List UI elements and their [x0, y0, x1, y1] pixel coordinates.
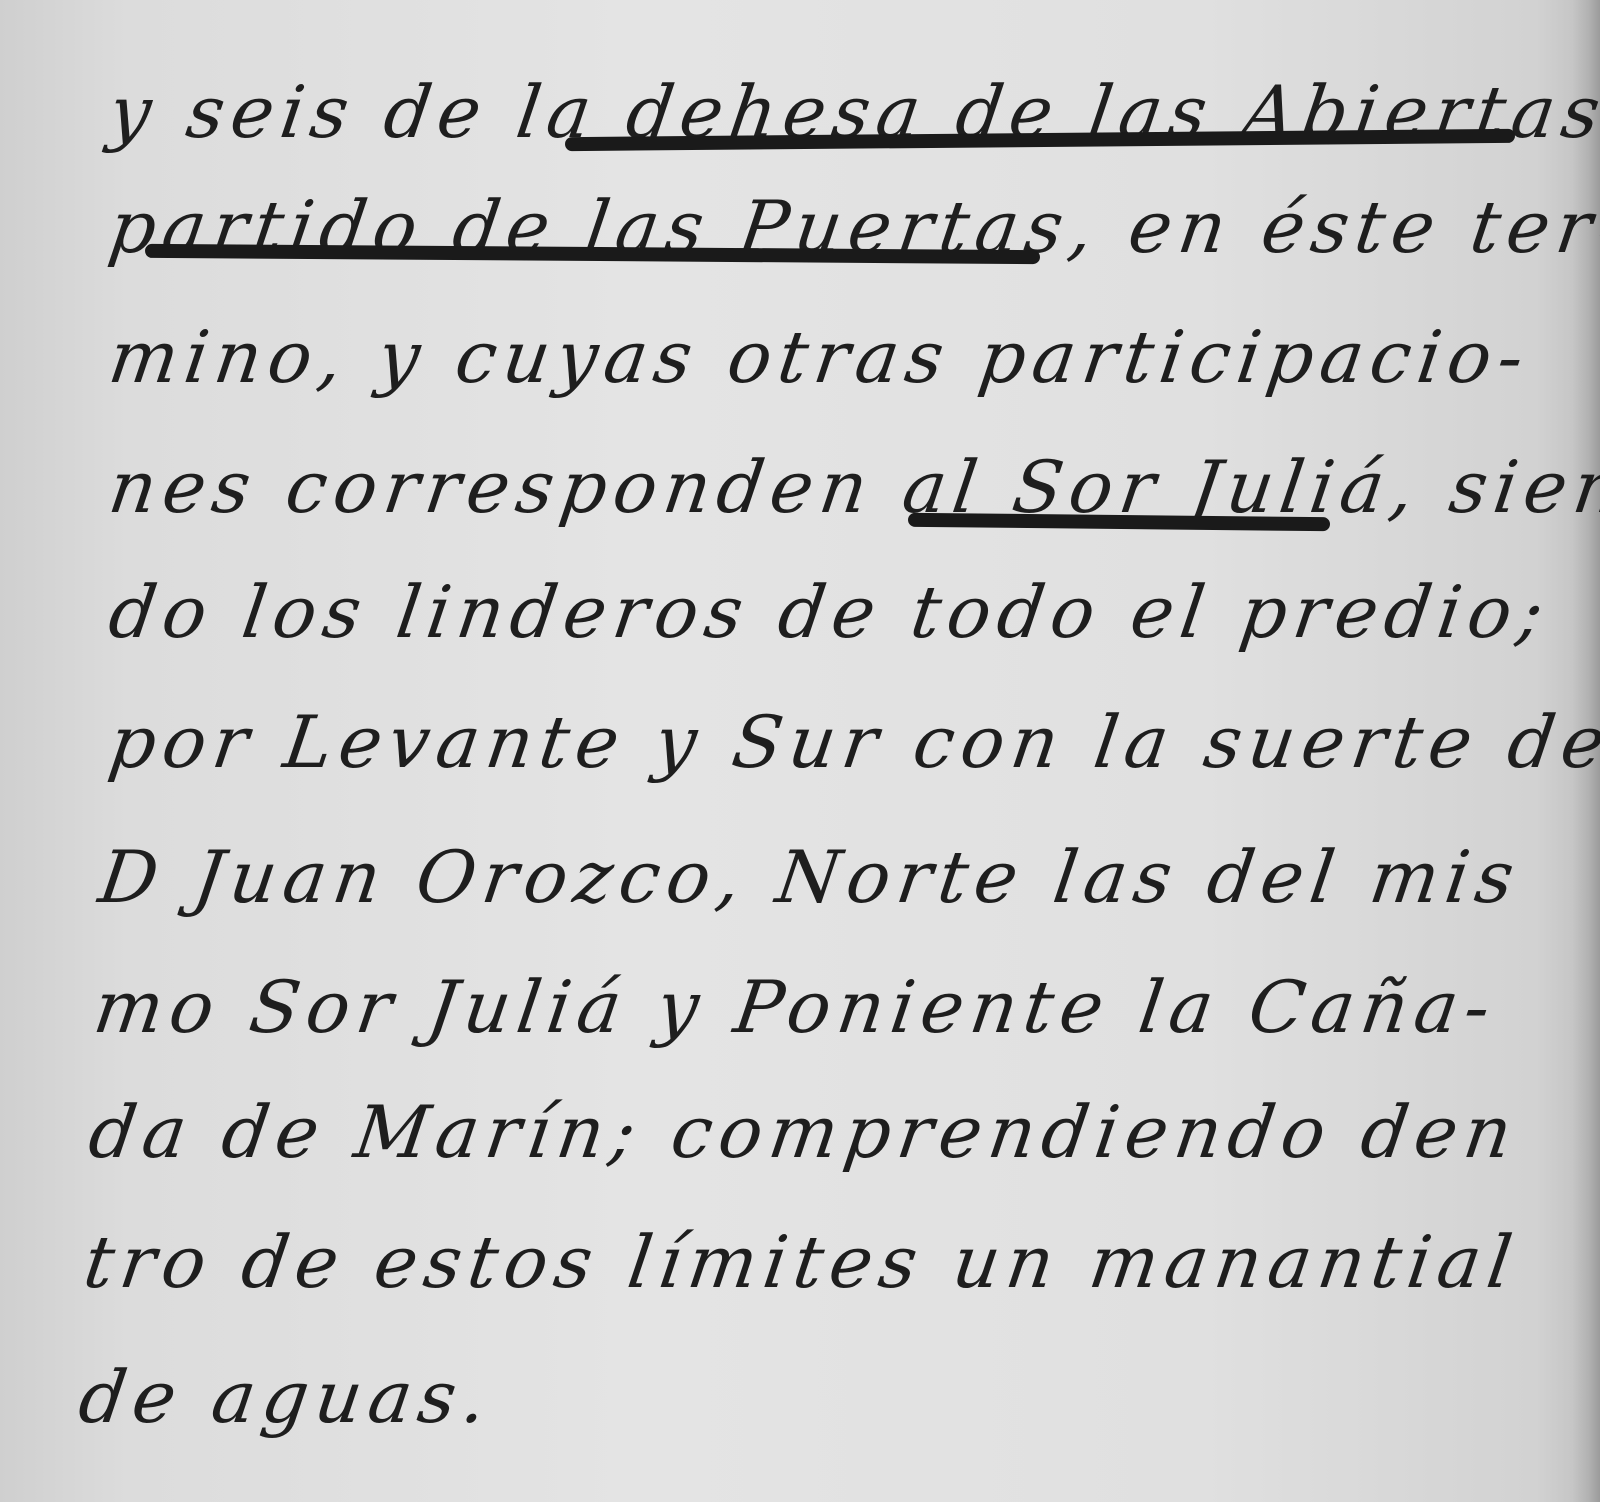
line-text: da de Marín; comprendiendo den [84, 1090, 1524, 1174]
manuscript-line-8: mo Sor Juliá y Poniente la Caña- [89, 965, 1502, 1049]
line-text: tro de estos límites un manantial [79, 1220, 1524, 1304]
line-text: nes corresponden al Sor Juliá, sien [104, 445, 1600, 529]
manuscript-line-5: do los linderos de todo el predio; [104, 570, 1556, 654]
manuscript-line-7: D Juan Orozco, Norte las del mis [94, 835, 1526, 919]
manuscript-page: y seis de la dehesa de las Abiertas part… [0, 0, 1600, 1502]
manuscript-line-3: mino, y cuyas otras participacio- [104, 315, 1536, 399]
line-text: por Levante y Sur con la suerte de [104, 700, 1600, 784]
line-text: mo Sor Juliá y Poniente la Caña- [89, 965, 1502, 1049]
line-text: D Juan Orozco, Norte las del mis [94, 835, 1526, 919]
line-text: de aguas. [74, 1355, 499, 1439]
manuscript-line-9: da de Marín; comprendiendo den [84, 1090, 1524, 1174]
manuscript-line-6: por Levante y Sur con la suerte de [104, 700, 1600, 784]
page-edge-shadow [1572, 0, 1600, 1502]
line-text: mino, y cuyas otras participacio- [104, 315, 1536, 399]
manuscript-line-4: nes corresponden al Sor Juliá, sien [104, 445, 1600, 529]
manuscript-line-10: tro de estos límites un manantial [79, 1220, 1524, 1304]
manuscript-line-11: de aguas. [74, 1355, 499, 1439]
line-text: do los linderos de todo el predio; [104, 570, 1556, 654]
